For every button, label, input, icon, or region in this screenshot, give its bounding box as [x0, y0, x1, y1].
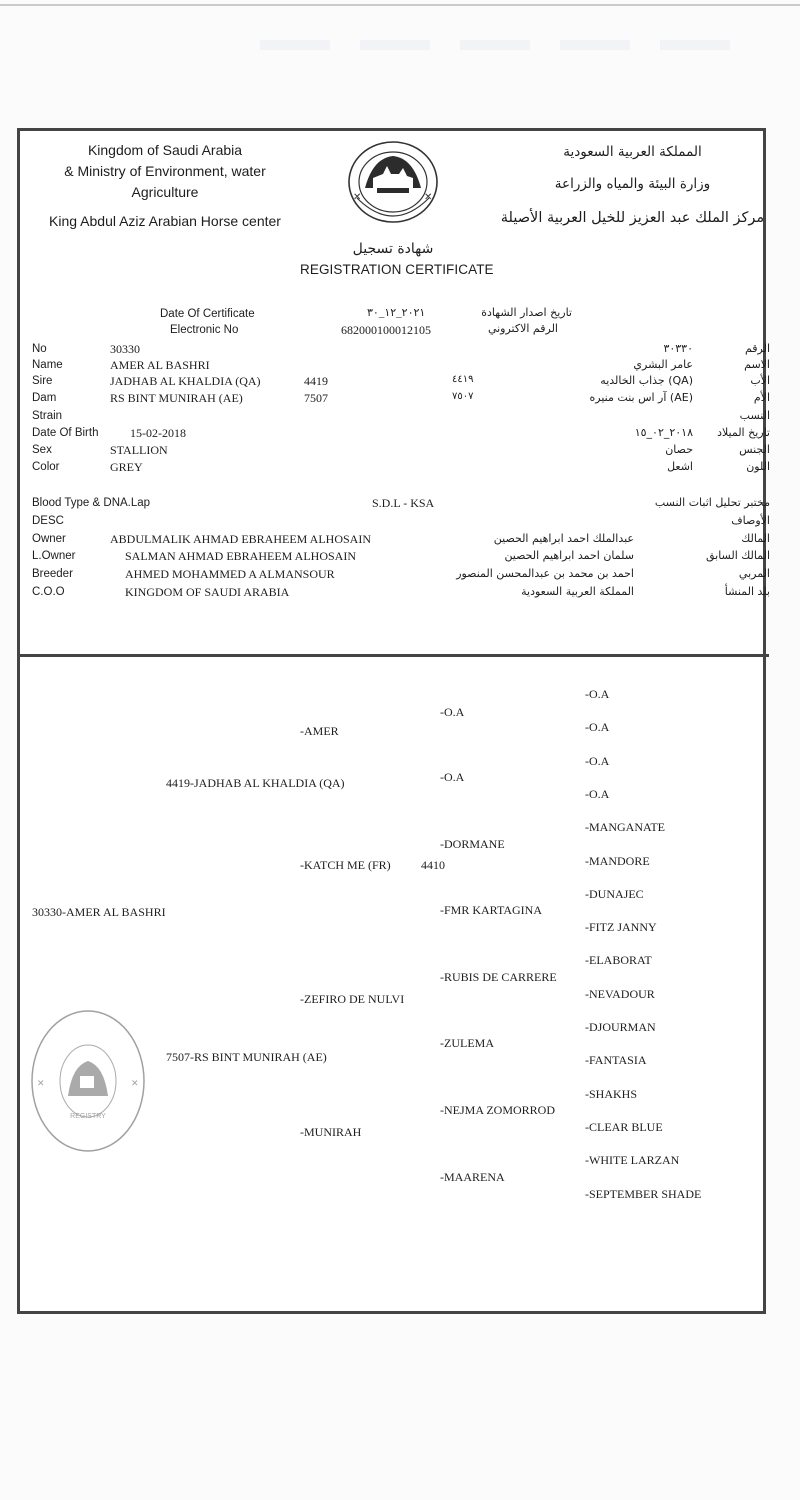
ownership-label-ar-blood: مختبر تحليل اثبات النسب: [655, 496, 770, 509]
ownership-label-ar-owner: المالك: [741, 532, 770, 545]
detail-value-ar-sire: (QA) جذاب الخالديه: [600, 374, 693, 387]
pedigree-gen4-1: -O.A: [585, 720, 609, 735]
detail-label-color: Color: [32, 461, 59, 473]
pedigree-gen2-0: -AMER: [300, 724, 339, 739]
ownership-label-ar-coo: بلد المنشأ: [725, 585, 770, 598]
detail-value-sire: JADHAB AL KHALDIA (QA): [110, 374, 261, 389]
pedigree-gen4-14: -WHITE LARZAN: [585, 1153, 679, 1168]
detail-value-ar-sex: حصان: [665, 443, 693, 456]
detail-number-ar-dam: ٧٥٠٧: [452, 391, 473, 402]
pedigree-gen4-4: -MANGANATE: [585, 820, 665, 835]
detail-value-name: AMER AL BASHRI: [110, 358, 210, 373]
detail-value-dam: RS BINT MUNIRAH (AE): [110, 391, 243, 406]
pedigree-subject: 30330-AMER AL BASHRI: [32, 905, 166, 920]
pedigree-gen2-3: -MUNIRAH: [300, 1125, 361, 1140]
ownership-value-ar-breeder: احمد بن محمد بن عبدالمحسن المنصور: [456, 567, 634, 580]
svg-text:✕: ✕: [37, 1078, 45, 1088]
horse-emblem-icon: ✕ ✕: [343, 138, 443, 238]
pedigree-gen3-6: -NEJMA ZOMORROD: [440, 1103, 555, 1118]
section-divider: [17, 654, 769, 657]
pedigree-gen4-5: -MANDORE: [585, 854, 650, 869]
detail-label-ar-dob: تاريخ الميلاد: [717, 426, 770, 439]
detail-label-no: No: [32, 343, 47, 355]
date-of-certificate-value: ٢٠٢١_١٢_٣٠: [367, 306, 425, 319]
pedigree-gen4-12: -SHAKHS: [585, 1087, 637, 1102]
pedigree-gen4-8: -ELABORAT: [585, 953, 652, 968]
certificate-title: REGISTRATION CERTIFICATE: [300, 262, 486, 277]
bleed-through-text: [260, 40, 730, 50]
ownership-label-ar-lowner: المالك السابق: [706, 549, 770, 562]
electronic-no-label: Electronic No: [170, 324, 238, 336]
header-english: Kingdom of Saudi Arabia & Ministry of En…: [20, 140, 310, 232]
header-ar-line2: وزارة البيئة والمياه والزراعة: [500, 174, 765, 194]
pedigree-sire: 4419-JADHAB AL KHALDIA (QA): [166, 776, 345, 791]
pedigree-gen4-10: -DJOURMAN: [585, 1020, 656, 1035]
header-en-line3: Agriculture: [20, 182, 310, 203]
date-of-certificate-label-ar: تاريخ اصدار الشهادة: [481, 306, 572, 319]
electronic-no-value: 682000100012105: [341, 323, 431, 338]
detail-number-sire: 4419: [304, 374, 328, 389]
ownership-label-coo: C.O.O: [32, 586, 65, 598]
pedigree-gen4-0: -O.A: [585, 687, 609, 702]
electronic-no-label-ar: الرقم الاكتروني: [488, 322, 558, 335]
ownership-value-coo: KINGDOM OF SAUDI ARABIA: [125, 585, 289, 600]
registry-seal-icon: REGISTRY ✕ ✕: [28, 1006, 148, 1156]
pedigree-gen4-15: -SEPTEMBER SHADE: [585, 1187, 701, 1202]
detail-label-ar-name: الاسم: [744, 358, 770, 371]
scan-edge: [0, 4, 800, 6]
pedigree-gen3-1: -O.A: [440, 770, 464, 785]
pedigree-gen3-4: -RUBIS DE CARRERE: [440, 970, 557, 985]
detail-label-ar-color: اللون: [746, 460, 770, 473]
header-arabic: المملكة العربية السعودية وزارة البيئة وا…: [500, 142, 765, 228]
detail-value-ar-dob: ٢٠١٨_٠٢_١٥: [635, 426, 693, 439]
detail-label-ar-dam: الأم: [754, 391, 770, 404]
header-en-line4: King Abdul Aziz Arabian Horse center: [20, 211, 310, 232]
pedigree-gen3-0: -O.A: [440, 705, 464, 720]
detail-value-sex: STALLION: [110, 443, 168, 458]
pedigree-gen2-2: -ZEFIRO DE NULVI: [300, 992, 404, 1007]
ownership-label-breeder: Breeder: [32, 568, 73, 580]
svg-text:✕: ✕: [131, 1078, 139, 1088]
pedigree-gen4-6: -DUNAJEC: [585, 887, 644, 902]
ownership-label-owner: Owner: [32, 533, 66, 545]
pedigree-gen3-5: -ZULEMA: [440, 1036, 494, 1051]
pedigree-gen2-1: -KATCH ME (FR): [300, 858, 391, 873]
ownership-value-owner: ABDULMALIK AHMAD EBRAHEEM ALHOSAIN: [110, 532, 371, 547]
ownership-label-lowner: L.Owner: [32, 550, 75, 562]
ownership-label-blood: Blood Type & DNA.Lap: [32, 497, 150, 509]
detail-label-dob: Date Of Birth: [32, 427, 98, 439]
pedigree-gen4-9: -NEVADOUR: [585, 987, 655, 1002]
header-ar-line3: مركز الملك عبد العزيز للخيل العربية الأص…: [500, 208, 765, 228]
header-ar-line1: المملكة العربية السعودية: [500, 142, 765, 162]
detail-label-dam: Dam: [32, 392, 56, 404]
date-of-certificate-label: Date Of Certificate: [160, 308, 255, 320]
detail-value-no: 30330: [110, 342, 140, 357]
pedigree-gen4-2: -O.A: [585, 754, 609, 769]
detail-number-ar-sire: ٤٤١٩: [452, 374, 473, 385]
ownership-value-breeder: AHMED MOHAMMED A ALMANSOUR: [125, 567, 335, 582]
ownership-label-ar-desc: الأوصاف: [731, 514, 770, 527]
detail-label-ar-sire: الأب: [750, 374, 770, 387]
detail-label-ar-strain: النسب: [740, 409, 770, 422]
pedigree-gen4-3: -O.A: [585, 787, 609, 802]
detail-label-sex: Sex: [32, 444, 52, 456]
ownership-value-lowner: SALMAN AHMAD EBRAHEEM ALHOSAIN: [125, 549, 356, 564]
detail-value-color: GREY: [110, 460, 143, 475]
pedigree-dam: 7507-RS BINT MUNIRAH (AE): [166, 1050, 327, 1065]
pedigree-gen2-note: 4410: [421, 858, 445, 873]
pedigree-gen4-7: -FITZ JANNY: [585, 920, 657, 935]
ownership-value-ar-lowner: سلمان احمد ابراهيم الحصين: [504, 549, 634, 562]
pedigree-gen3-2: -DORMANE: [440, 837, 505, 852]
ownership-value-blood: S.D.L - KSA: [372, 496, 434, 511]
detail-label-ar-sex: الجنس: [739, 443, 770, 456]
certificate-title-arabic: شهادة تسجيل: [300, 241, 486, 257]
ownership-label-desc: DESC: [32, 515, 64, 527]
detail-value-ar-dam: (AE) آر اس بنت منيره: [590, 391, 693, 404]
detail-label-name: Name: [32, 359, 63, 371]
detail-value-ar-color: اشعل: [667, 460, 693, 473]
header-en-line1: Kingdom of Saudi Arabia: [20, 140, 310, 161]
detail-value-ar-no: ٣٠٣٣٠: [663, 342, 693, 355]
header-en-line2: & Ministry of Environment, water: [20, 161, 310, 182]
ownership-label-ar-breeder: المربي: [739, 567, 770, 580]
detail-label-sire: Sire: [32, 375, 52, 387]
pedigree-gen3-7: -MAARENA: [440, 1170, 505, 1185]
pedigree-gen3-3: -FMR KARTAGINA: [440, 903, 542, 918]
detail-value-dob: 15-02-2018: [130, 426, 186, 441]
detail-label-ar-no: الرقم: [745, 342, 770, 355]
ownership-value-ar-coo: المملكة العربية السعودية: [521, 585, 634, 598]
pedigree-gen4-11: -FANTASIA: [585, 1053, 646, 1068]
detail-label-strain: Strain: [32, 410, 62, 422]
detail-value-ar-name: عامر البشري: [633, 358, 693, 371]
ownership-value-ar-owner: عبدالملك احمد ابراهيم الحصين: [494, 532, 634, 545]
detail-number-dam: 7507: [304, 391, 328, 406]
pedigree-gen4-13: -CLEAR BLUE: [585, 1120, 663, 1135]
svg-text:REGISTRY: REGISTRY: [70, 1113, 106, 1120]
